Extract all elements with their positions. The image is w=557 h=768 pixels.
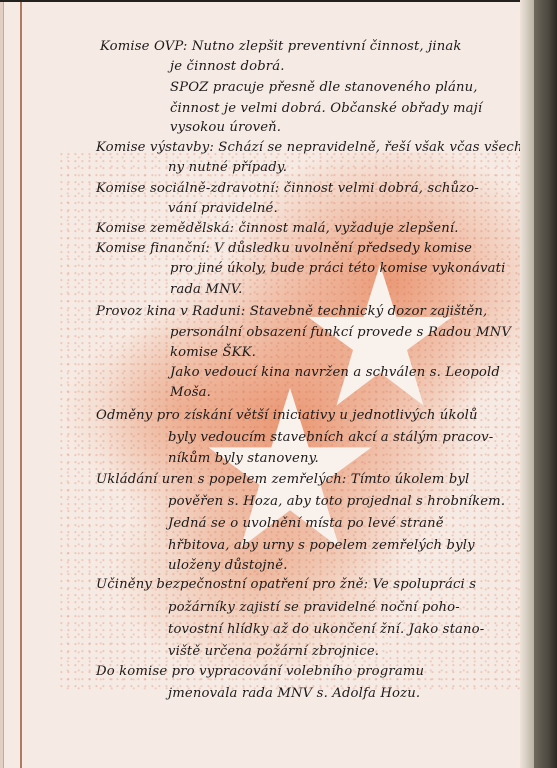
entry-ovp-line: Komise OVP: Nutno zlepšit preventivní či… — [100, 38, 462, 56]
entry-spoz-line: SPOZ pracuje přesně dle stanoveného plán… — [170, 79, 478, 97]
entry-spoz-line: vysokou úroveň. — [170, 119, 281, 137]
entry-urny-line: hřbitova, aby urny s popelem zemřelých b… — [168, 537, 475, 555]
entry-zemedelska-line: Komise zemědělská: činnost malá, vyžaduj… — [96, 220, 459, 238]
entry-vystavby-line: ny nutné případy. — [168, 159, 287, 177]
paper-sheet: Komise OVP: Nutno zlepšit preventivní či… — [0, 2, 531, 768]
entry-zne-line: Učiněny bezpečnostní opatření pro žně: V… — [96, 576, 476, 594]
entry-kino-line: Moša. — [170, 384, 211, 402]
entry-financni-line: Komise finanční: V důsledku uvolnění pře… — [96, 240, 472, 258]
entry-odmeny-line: byly vedoucím stavebních akcí a stálým p… — [168, 429, 493, 447]
entry-vystavby-line: Komise výstavby: Schází se nepravidelně,… — [96, 139, 527, 157]
entry-volebni-line: Do komise pro vypracování volebního prog… — [96, 663, 424, 681]
entry-ovp-line: je činnost dobrá. — [170, 58, 285, 76]
entry-urny-line: Jedná se o uvolnění místa po levé straně — [168, 515, 444, 533]
entry-financni-line: rada MNV. — [170, 281, 242, 299]
entry-kino-line: personální obsazení funkcí provede s Rad… — [170, 324, 511, 342]
entry-spoz-line: činnost je velmi dobrá. Občanské obřady … — [170, 100, 482, 118]
entry-volebni-line: jmenovala rada MNV s. Adolfa Hozu. — [168, 685, 420, 703]
entry-socialni-line: vání pravidelné. — [168, 200, 278, 218]
entry-financni-line: pro jiné úkoly, bude práci této komise v… — [170, 260, 506, 278]
entry-socialni-line: Komise sociálně-zdravotní: činnost velmi… — [96, 180, 479, 198]
page-curl-edge — [520, 0, 534, 768]
entry-zne-line: viště určena požární zbrojnice. — [168, 643, 379, 661]
entry-kino-line: komise ŠKK. — [170, 344, 256, 362]
entry-urny-line: pověřen s. Hoza, aby toto projednal s hr… — [168, 493, 505, 511]
entry-kino-line: Jako vedoucí kina navržen a schválen s. … — [170, 364, 500, 382]
entry-kino-line: Provoz kina v Raduni: Stavebně technický… — [96, 303, 487, 321]
entry-odmeny-line: níkům byly stanoveny. — [168, 450, 319, 468]
book-edge-shadow — [534, 0, 557, 768]
scanned-page: Komise OVP: Nutno zlepšit preventivní či… — [0, 0, 557, 768]
handwritten-text: Komise OVP: Nutno zlepšit preventivní či… — [0, 2, 531, 768]
entry-urny-line: Ukládání uren s popelem zemřelých: Tímto… — [96, 471, 469, 489]
entry-zne-line: tovostní hlídky až do ukončení žní. Jako… — [168, 621, 484, 639]
entry-odmeny-line: Odměny pro získání větší iniciativy u je… — [96, 407, 478, 425]
entry-zne-line: požárníky zajistí se pravidelné noční po… — [168, 599, 460, 617]
entry-urny-line: uloženy důstojně. — [168, 557, 288, 575]
